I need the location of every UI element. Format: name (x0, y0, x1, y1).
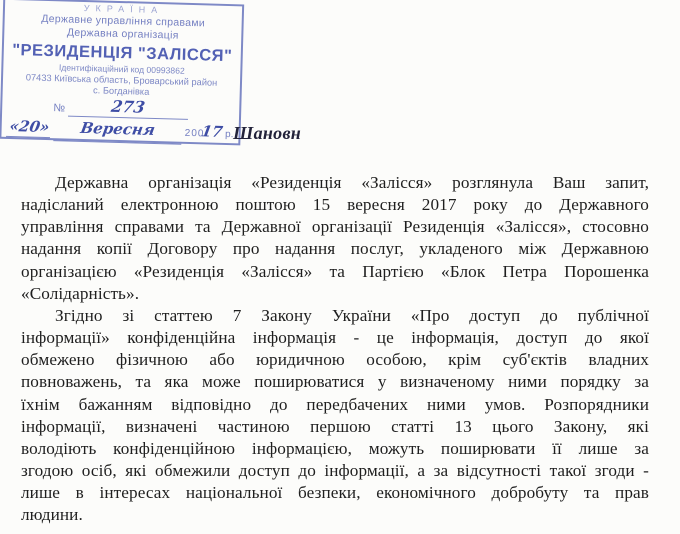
handwritten-year: 17 (200, 121, 224, 141)
text-line: інформації» конфіденційна інформація - ц… (21, 327, 649, 349)
handwritten-month: Вересня (79, 117, 157, 139)
handwritten-day: «20» (6, 115, 53, 137)
text-line: обмежено фізичною або юридичною особою, … (21, 349, 649, 371)
stamp-number-line: 273 (68, 98, 188, 119)
text-line: організацією «Резиденція «Залісся» та Па… (21, 261, 649, 283)
text-line: Згідно зі статтею 7 Закону України «Про … (21, 305, 649, 327)
organization-stamp: УКРАЇНА Державне управління справами Дер… (0, 0, 244, 145)
text-line: управління справами та Державної організ… (21, 216, 649, 238)
text-line: повноважень, та яка може поширюватися у … (21, 371, 649, 393)
text-line: інформації, визначені частиною першою ст… (21, 416, 649, 438)
letter-body: Державна організація «Резиденція «Залісс… (21, 172, 649, 527)
text-line: надання копії Договору про надання послу… (21, 238, 649, 260)
text-line: «Солідарність». (21, 283, 649, 305)
paragraph-1: Державна організація «Резиденція «Залісс… (21, 172, 649, 305)
text-line: людини. (21, 504, 649, 526)
paragraph-2: Згідно зі статтею 7 Закону України «Про … (21, 305, 649, 527)
salutation: Шановн (233, 123, 301, 144)
text-line: їхнім бажанням відповідно до передбачени… (21, 394, 649, 416)
text-line: лише в інтересах національної безпеки, е… (21, 482, 649, 504)
text-line: Державна організація «Резиденція «Залісс… (21, 172, 649, 194)
stamp-month-line: Вересня (54, 117, 183, 145)
text-line: згодою осіб, які обмежили доступ до інфо… (21, 460, 649, 482)
scanned-letter-page: УКРАЇНА Державне управління справами Дер… (0, 0, 680, 534)
text-line: володіють конфіденційною інформацією, мо… (21, 438, 649, 460)
handwritten-number: 273 (110, 99, 146, 114)
stamp-number-label: № (53, 102, 65, 114)
text-line: надісланий електронною поштою 15 вересня… (21, 194, 649, 216)
